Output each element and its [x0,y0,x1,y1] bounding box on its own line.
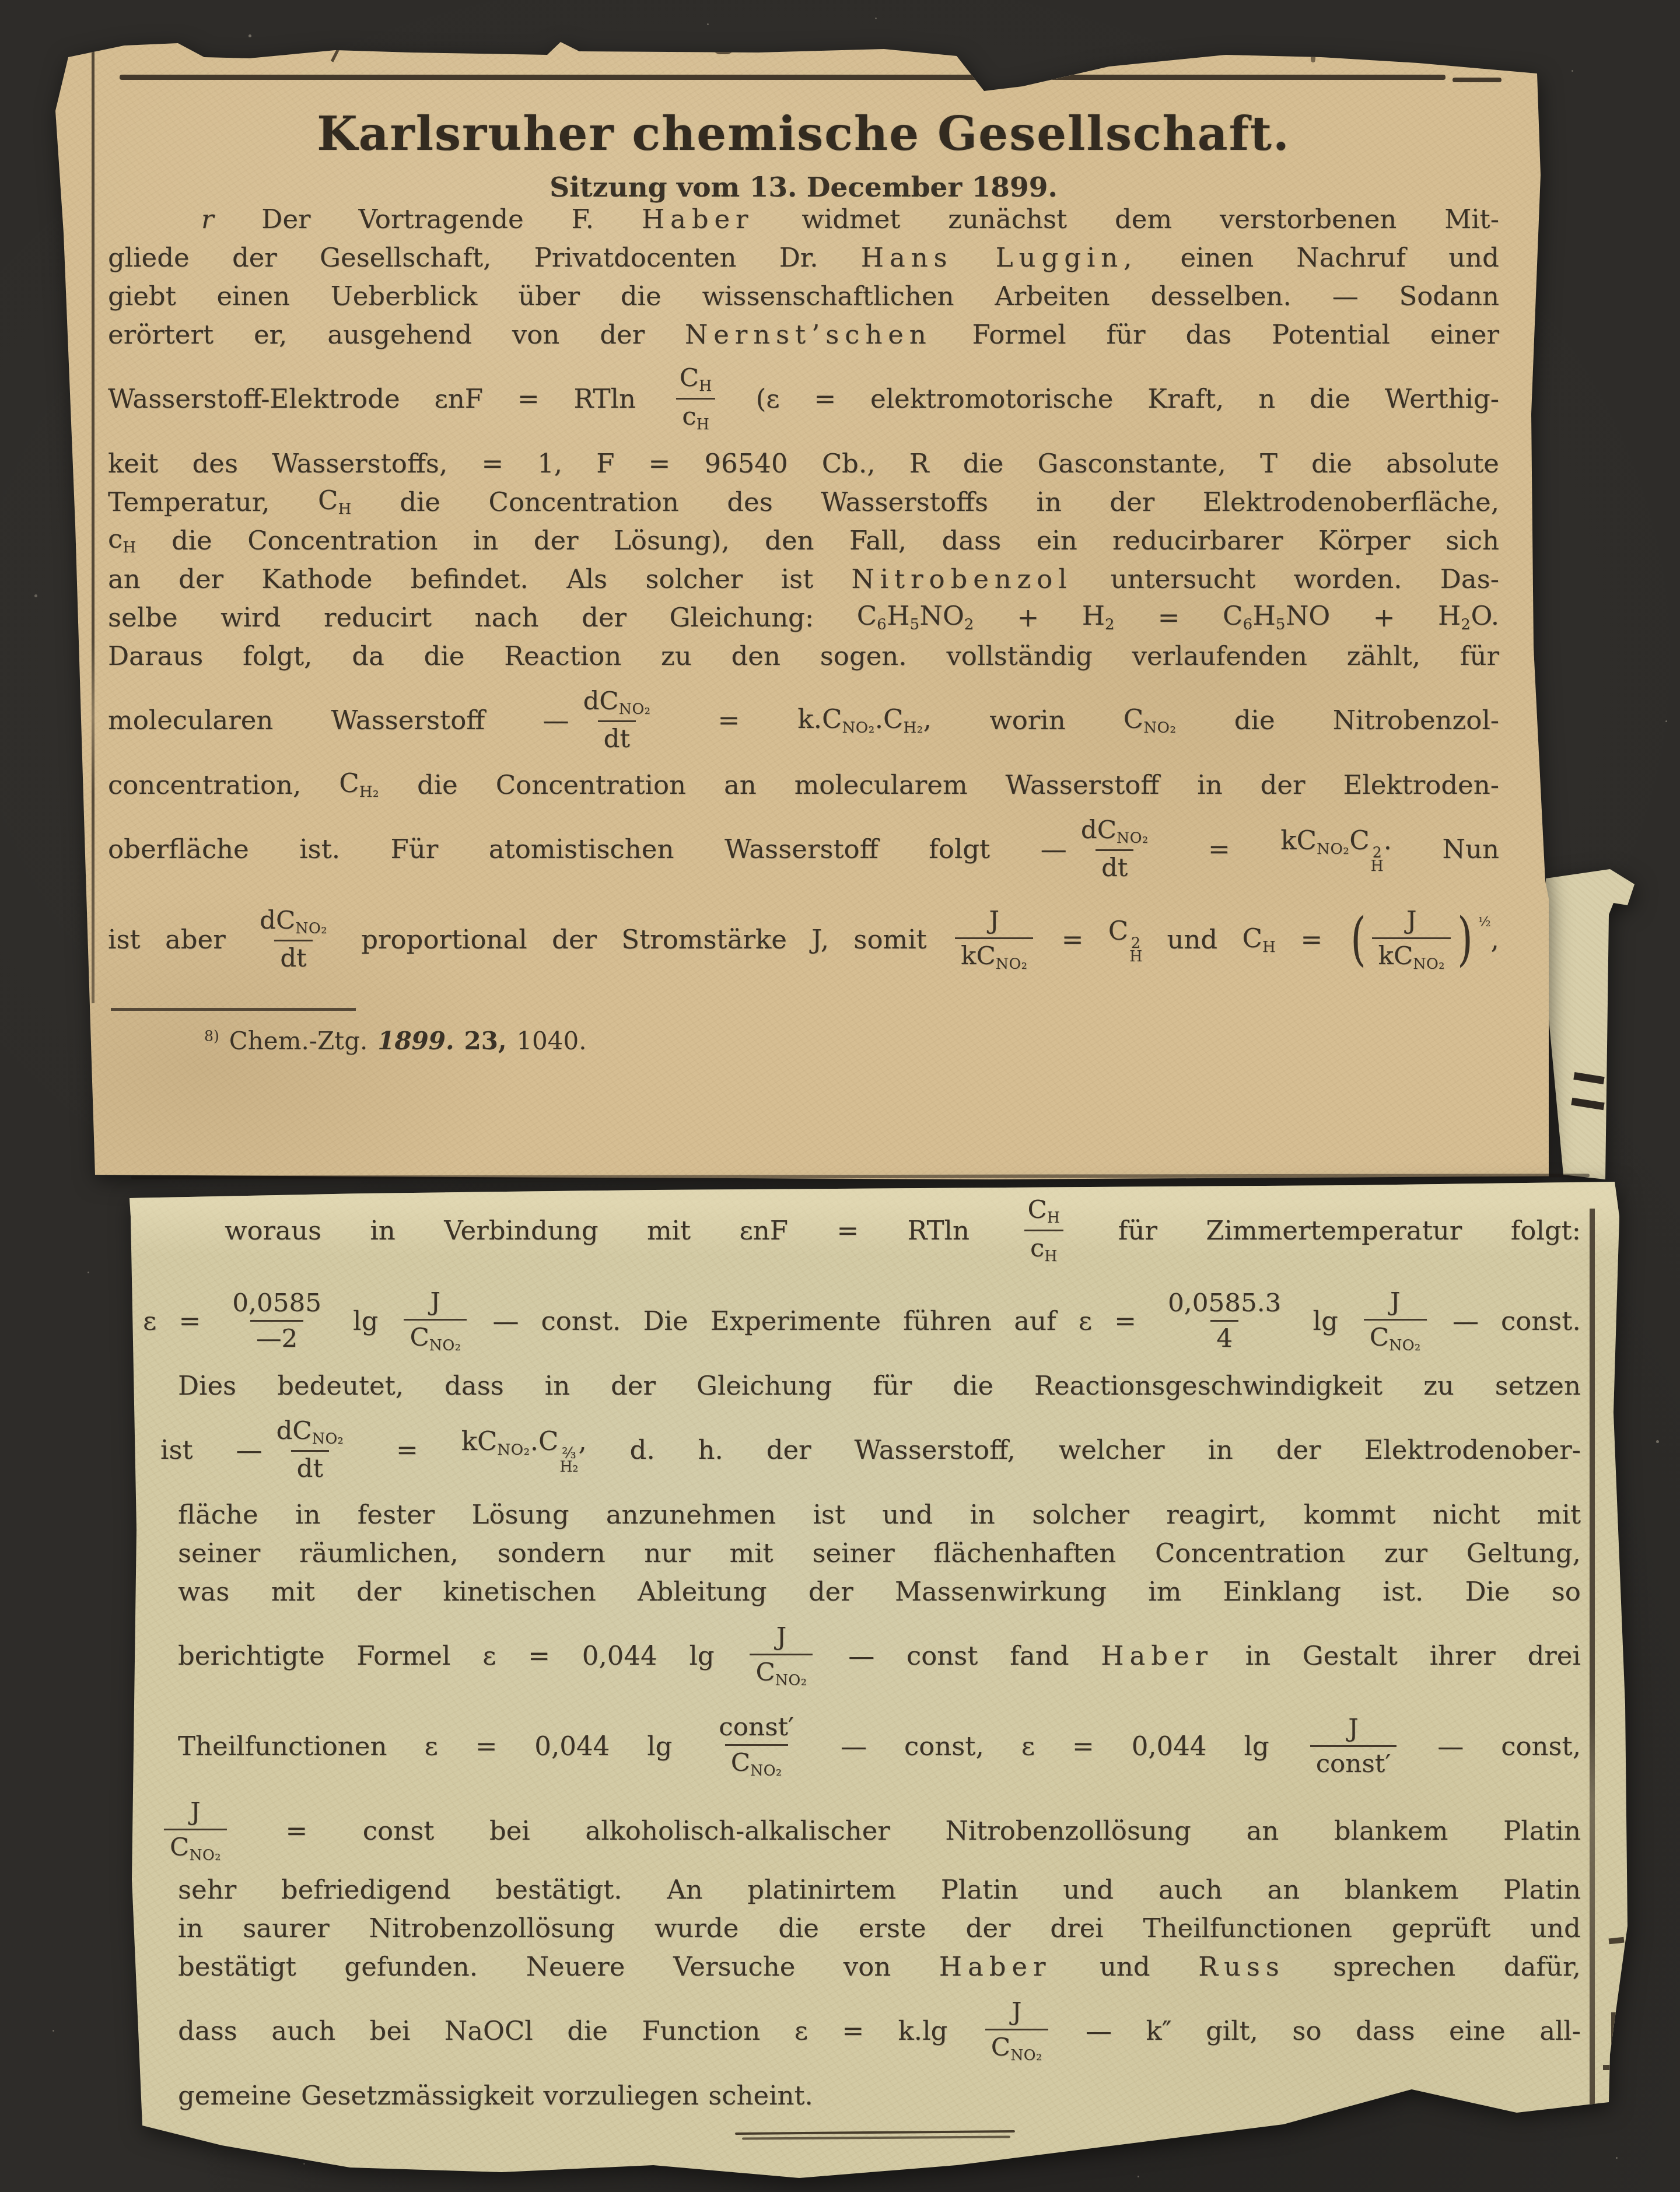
article-title: Karlsruher chemische Gesellschaft. [108,106,1499,161]
text-line: molecularenWasserstoff—dCNO₂dt=k.CNO₂.CH… [108,675,1499,765]
footnote-rule [111,1008,356,1011]
text-line: Diesbedeutet,dassinderGleichungfürdieRea… [178,1366,1581,1405]
text-line: erörterter,ausgehendvonderNernst’schenFo… [108,315,1499,353]
text-line: concentration,CH₂dieConcentrationanmolec… [108,765,1499,804]
text-line: ε=0,0585—2lgJCNO₂—const.DieExperimentefü… [143,1276,1581,1366]
fragment-ink-dash-1 [1573,1072,1604,1084]
torn-edge-mark-tick [1311,54,1315,62]
column-rule [92,49,94,1003]
text-line: cHdieConcentrationinderLösung),denFall,d… [108,521,1499,559]
text-line: dassauchbeiNaOCldieFunctionε=k.lgJCNO₂—k… [178,1986,1581,2076]
text-line: giebteinenUeberblicküberdiewissenschaftl… [108,276,1499,315]
fragment-ink-dash-2 [1571,1098,1604,1111]
margin-letter-fragment-3 [1603,2065,1618,2070]
text-line: JCNO₂=constbeialkoholisch-alkalischerNit… [160,1791,1581,1870]
footnote: 8)Chem.-Ztg.1899.23,1040. [204,1027,587,1055]
text-line: berichtigteFormelε=0,044lgJCNO₂—constfan… [178,1610,1581,1701]
text-line: ist—dCNO₂dt=kCNO₂.C²⁄₃H₂,d.h.derWasserst… [160,1405,1581,1495]
text-line: flächeinfesterLösunganzunehmenistundinso… [178,1495,1581,1533]
text-line: gliedederGesellschaft,PrivatdocentenDr.H… [108,238,1499,276]
right-column-rule [1590,1209,1595,2119]
torn-edge-mark-slash [331,37,345,62]
article-subtitle: Sitzung vom 13. December 1899. [108,171,1499,204]
text-line: selbewirdreducirtnachderGleichung:C6H5NO… [108,598,1499,636]
margin-letter-fragment-2 [1611,2012,1618,2068]
text-line: Theilfunctionenε=0,044lgconst′CNO₂—const… [178,1701,1581,1791]
text-line: seinerräumlichen,sondernnurmitseinerfläc… [178,1533,1581,1572]
text-line: sehrbefriedigendbestätigt.AnplatinirtemP… [178,1870,1581,1909]
margin-letter-fragment-1 [1609,1937,1625,1945]
closing-divider-bottom [742,2135,1010,2140]
text-line: wasmitderkinetischenAbleitungderMassenwi… [178,1572,1581,1610]
text-line: anderKathodebefindet.AlssolcheristNitrob… [108,559,1499,598]
album-page: { "page": { "background_color": "#2e2c29… [0,0,1680,2192]
text-line: Temperatur,CHdieConcentrationdesWasserst… [108,482,1499,521]
top-clipping: Karlsruher chemische Gesellschaft. Sitzu… [55,41,1549,1179]
closing-divider-top [735,2130,1015,2135]
article-body: rDerVortragendeF.Haberwidmetzunächstdemv… [108,199,1499,985]
text-line: insaurerNitrobenzollösungwurdedieerstede… [178,1909,1581,1947]
text-line: keitdesWasserstoffs,=1,F=96540Cb.,RdieGa… [108,444,1499,482]
article-body-continued: worausinVerbindungmitεnF=RTlnCHcHfürZimm… [178,1185,1581,2114]
text-line: bestätigtgefunden.NeuereVersuchevonHaber… [178,1947,1581,1986]
text-line: Darausfolgt,dadieReactionzudensogen.voll… [108,636,1499,675]
text-line: gemeineGesetzmässigkeitvorzuliegenschein… [178,2076,1581,2114]
text-line: rDerVortragendeF.Haberwidmetzunächstdemv… [108,199,1499,238]
masthead-rule [120,75,1445,80]
bottom-clipping: worausinVerbindungmitεnF=RTlnCHcHfürZimm… [128,1179,1633,2192]
text-line: Wasserstoff-ElektrodeεnF=RTlnCHcH(ε=elek… [108,353,1499,444]
paper-fragment [1540,869,1636,1179]
text-line: oberflächeist.FüratomistischenWasserstof… [108,804,1499,894]
text-line: worausinVerbindungmitεnF=RTlnCHcHfürZimm… [178,1185,1581,1276]
text-line: istaberdCNO₂dtproportionalderStromstärke… [108,894,1499,985]
torn-edge-mark-arc [711,41,736,54]
masthead-rule-segment [1452,78,1501,82]
